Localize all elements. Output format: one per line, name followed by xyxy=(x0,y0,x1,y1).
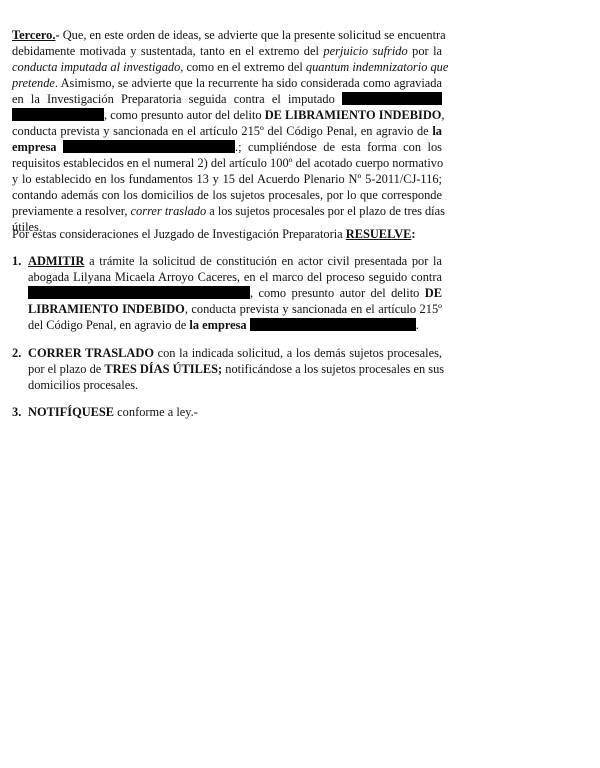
paragraph-line: Tercero.- Que, en este orden de ideas, s… xyxy=(12,27,442,43)
redaction-box xyxy=(28,286,250,299)
resolution-line: abogada Lilyana Micaela Arroyo Caceres, … xyxy=(28,269,442,285)
resolution-line: LIBRAMIENTO INDEBIDO, conducta prevista … xyxy=(28,301,442,317)
resolution-line: , como presunto autor del delito DE xyxy=(28,285,442,301)
paragraph-line: pretende. Asimismo, se advierte que la r… xyxy=(12,75,442,91)
paragraph-line: previamente a resolver, correr traslado … xyxy=(12,203,442,219)
redaction-box xyxy=(342,92,442,105)
resolution-number: 1. xyxy=(12,253,21,269)
resolution-line: ADMITIR a trámite la solicitud de consti… xyxy=(28,253,442,269)
paragraph-line: y lo establecido en los fundamentos 13 y… xyxy=(12,171,442,187)
resolution-line: NOTIFÍQUESE conforme a ley.- xyxy=(28,404,442,420)
paragraph-line: , como presunto autor del delito DE LIBR… xyxy=(12,107,442,123)
resolution-number: 3. xyxy=(12,404,21,420)
resolution-keyword: NOTIFÍQUESE xyxy=(28,405,114,419)
paragraph-line: conducta imputada al investigado, como e… xyxy=(12,59,442,75)
redaction-box xyxy=(250,318,416,331)
resolution-line: del Código Penal, en agravio de la empre… xyxy=(28,317,442,333)
resolution-number: 2. xyxy=(12,345,21,361)
resolve-intro: Por estas consideraciones el Juzgado de … xyxy=(12,226,442,242)
resolution-line: domicilios procesales. xyxy=(28,377,442,393)
paragraph-line: contando además con los domicilios de lo… xyxy=(12,187,442,203)
paragraph-line: requisitos establecidos en el numeral 2)… xyxy=(12,155,442,171)
resolve-keyword: RESUELVE xyxy=(346,227,412,241)
paragraph-line: debidamente motivada y sustentada, tanto… xyxy=(12,43,442,59)
resolution-keyword: ADMITIR xyxy=(28,254,84,268)
redaction-box xyxy=(12,108,104,121)
resolution-line: por el plazo de TRES DÍAS ÚTILES; notifi… xyxy=(28,361,442,377)
document-page: Tercero.- Que, en este orden de ideas, s… xyxy=(0,0,600,768)
resolution-keyword: CORRER TRASLADO xyxy=(28,346,154,360)
section-heading: Tercero. xyxy=(12,28,55,42)
paragraph-line: empresa .; cumpliéndose de esta forma co… xyxy=(12,139,442,155)
paragraph-line: en la Investigación Preparatoria seguida… xyxy=(12,91,442,107)
resolution-line: CORRER TRASLADO con la indicada solicitu… xyxy=(28,345,442,361)
paragraph-line: conducta prevista y sancionada en el art… xyxy=(12,123,442,139)
redaction-box xyxy=(63,140,235,153)
